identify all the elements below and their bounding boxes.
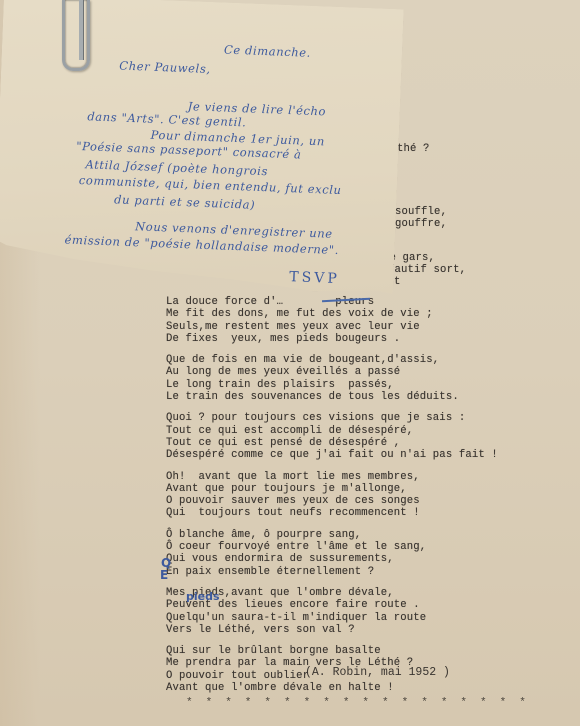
poem-stanza: Que de fois en ma vie de bougeant,d'assi… <box>166 354 498 403</box>
poem-line: Le train des souvenances de tous les déd… <box>166 391 498 403</box>
poem-line: Qui vous endormira de sussurements, <box>166 553 498 565</box>
poem-line: Que de fois en ma vie de bougeant,d'assi… <box>166 354 498 366</box>
poem-line: Oh! avant que la mort lie mes membres, <box>166 471 498 483</box>
poem-line: Avant que pour toujours je m'allonge, <box>166 483 498 495</box>
poem-line: Avant que l'ombre dévale en halte ! <box>166 682 498 694</box>
poem-line: La douce force d'… pleurs <box>166 296 498 308</box>
handwritten-correction-mark: pieds <box>186 590 220 603</box>
poem-line: Seuls,me restent mes yeux avec leur vie <box>166 321 498 333</box>
paperclip-icon <box>62 0 90 71</box>
poem-line: Vers le Léthé, vers son val ? <box>166 624 498 636</box>
poem-stanza: Ô blanche âme, ô pourpre sang,Ô coeur fo… <box>166 529 498 578</box>
poem-line: O pouvoir sauver mes yeux de ces songes <box>166 495 498 507</box>
note-line: du parti et se suicida) <box>114 192 256 211</box>
poem-stanza: Oh! avant que la mort lie mes membres,Av… <box>166 471 498 520</box>
handwritten-correction-mark: E <box>160 568 168 582</box>
handwritten-note: Ce dimanche. Cher Pauwels, Je viens de l… <box>0 0 404 294</box>
poem-line: En paix ensemble éternellement ? <box>166 566 498 578</box>
poem-line: Tout ce qui est pensé de désespéré , <box>166 437 498 449</box>
poem-line: De fixes yeux, mes pieds bougeurs . <box>166 333 498 345</box>
poem-line: Le long train des plaisirs passés, <box>166 379 498 391</box>
paperclip-inner <box>79 0 84 60</box>
note-salutation: Cher Pauwels, <box>119 58 211 75</box>
poem-line: Qui toujours tout neufs recommencent ! <box>166 507 498 519</box>
poem-body: La douce force d'… pleursMe fit des dons… <box>166 296 498 703</box>
poem-line: Qui sur le brûlant borgne basalte <box>166 645 498 657</box>
poem-line: Ô coeur fourvoyé entre l'âme et le sang, <box>166 541 498 553</box>
fragment-line: fautif sort, <box>388 264 466 276</box>
fragment-line: thé ? <box>397 143 430 155</box>
note-date: Ce dimanche. <box>224 42 311 59</box>
poem-line: Au long de mes yeux éveillés a passé <box>166 366 498 378</box>
poem-signature: (A. Robin, mai 1952 ) <box>305 666 450 679</box>
note-tsvp: TSVP <box>289 269 340 287</box>
poem-line: Désespéré comme ce que j'ai fait ou n'ai… <box>166 449 498 461</box>
poem-line: Quoi ? pour toujours ces visions que je … <box>166 412 498 424</box>
separator-stars: * * * * * * * * * * * * * * * * * * <box>186 697 529 709</box>
poem-line: Tout ce qui est accompli de désespéré, <box>166 425 498 437</box>
poem-stanza: La douce force d'… pleursMe fit des dons… <box>166 296 498 345</box>
poem-stanza: Quoi ? pour toujours ces visions que je … <box>166 412 498 461</box>
poem-line: Ô blanche âme, ô pourpre sang, <box>166 529 498 541</box>
poem-line: Me fit des dons, me fut des voix de vie … <box>166 308 498 320</box>
poem-line: Quelqu'un saura-t-il m'indiquer la route <box>166 612 498 624</box>
